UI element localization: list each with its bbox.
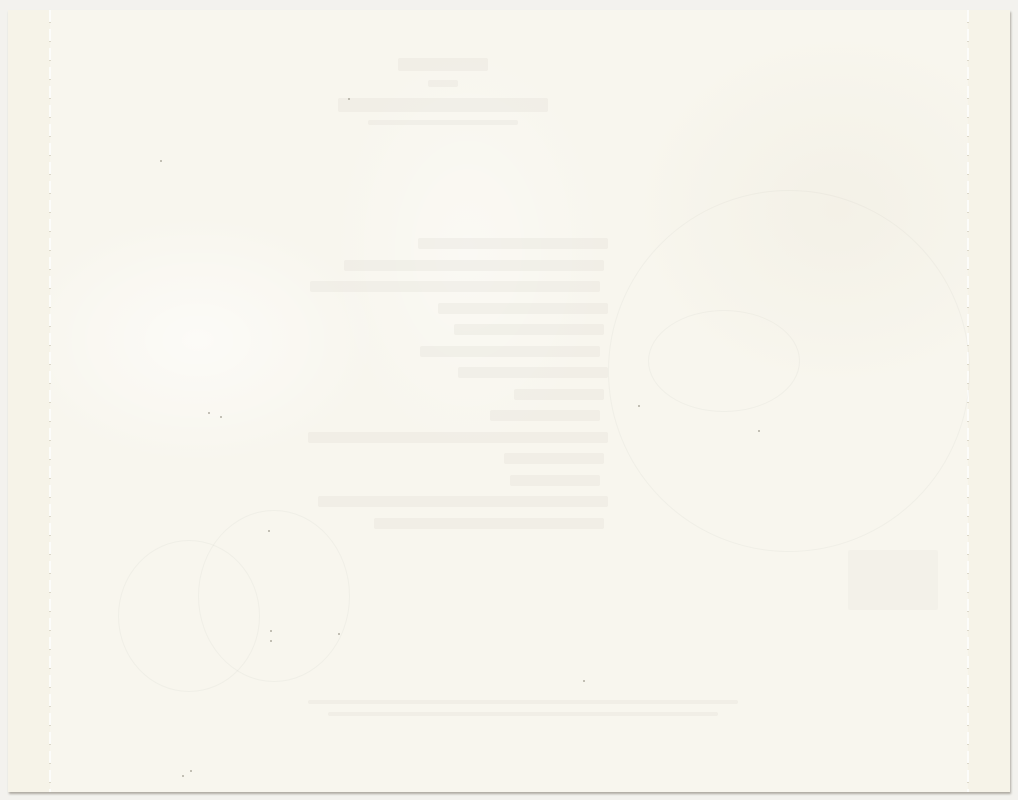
dust-speck [758,430,760,432]
dust-speck [268,530,270,532]
ghost-title-line [428,80,458,87]
dust-speck [220,416,222,418]
ghost-track-line [308,432,608,443]
dust-speck [182,775,184,777]
left-perforation [49,10,51,792]
ghost-track-line [490,410,600,421]
ghost-track-line [420,346,600,357]
ghost-small-print [308,700,738,704]
ghost-track-line [514,389,604,400]
ghost-track-line [458,367,608,378]
dust-speck [270,630,272,632]
ghost-small-print [328,712,718,716]
ghost-barcode [848,550,938,610]
ghost-track-line [510,475,600,486]
ghost-track-line [418,238,608,249]
left-spine [8,10,50,792]
ghost-title-line [398,58,488,71]
ghost-track-line [454,324,604,335]
dust-speck [348,98,350,100]
ghost-illustration [198,510,350,682]
ghost-title-line [368,120,518,125]
ghost-title-line [338,98,548,112]
right-spine [968,10,1010,792]
ghost-track-line [318,496,608,507]
dust-speck [270,640,272,642]
ghost-logo [648,310,800,412]
ghost-track-line [310,281,600,292]
ghost-track-line [374,518,604,529]
ghost-track-line [504,453,604,464]
dust-speck [583,680,585,682]
dust-speck [208,412,210,414]
dust-speck [190,770,192,772]
insert-card [8,10,1010,792]
ghost-track-line [438,303,608,314]
dust-speck [638,405,640,407]
dust-speck [160,160,162,162]
dust-speck [338,633,340,635]
ghost-track-line [344,260,604,271]
